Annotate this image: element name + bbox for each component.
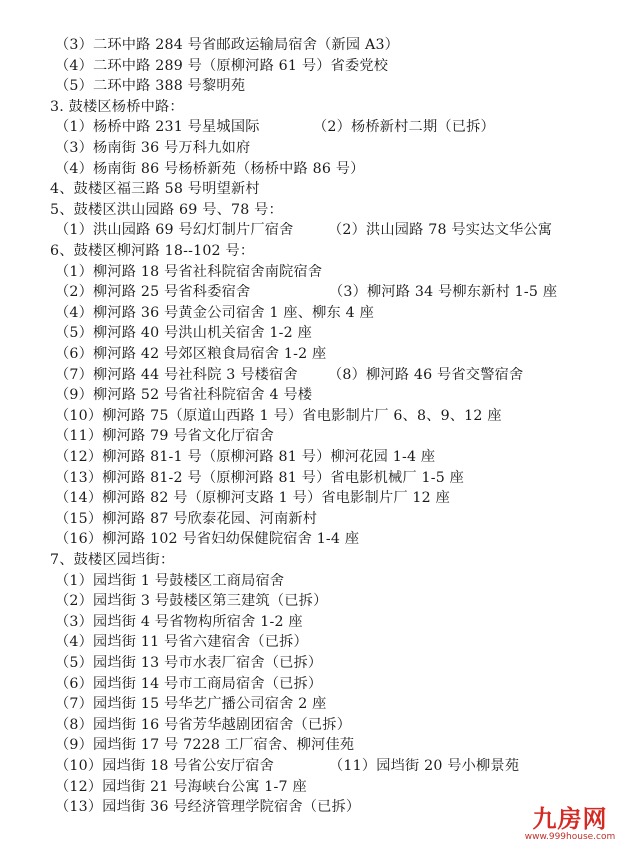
item-text: （4）柳河路 36 号黄金公司宿舍 1 座、柳东 4 座 [55, 303, 374, 323]
item-text: （4）二环中路 289 号（原柳河路 61 号）省委党校 [55, 56, 388, 76]
watermark-url: www.999house.com [520, 832, 620, 843]
item-text: （7）园垱街 15 号华艺广播公司宿舍 2 座 [55, 694, 327, 714]
item-text: 4、鼓楼区福三路 58 号明望新村 [50, 179, 260, 199]
item-text: （1）杨桥中路 231 号星城国际 [55, 117, 260, 137]
item-text: （4）杨南街 86 号杨桥新苑（杨桥中路 86 号） [55, 159, 365, 179]
item-text-second-column: （2）杨桥新村二期（已拆） [313, 117, 495, 137]
item-text: （16）柳河路 102 号省妇幼保健院宿舍 1-4 座 [55, 529, 359, 549]
item-text: （3）二环中路 284 号省邮政运输局宿舍（新园 A3） [55, 35, 399, 55]
item-text: （6）园垱街 14 号市工商局宿舍（已拆） [55, 674, 322, 694]
item-text-second-column: （3）柳河路 34 号柳东新村 1-5 座 [329, 282, 557, 302]
item-text: （7）柳河路 44 号社科院 3 号楼宿舍 [55, 365, 298, 385]
item-text: （6）柳河路 42 号郊区粮食局宿舍 1-2 座 [55, 344, 326, 364]
item-text: （14）柳河路 82 号（原柳河支路 1 号）省电影制片厂 12 座 [55, 488, 450, 508]
item-text: （5）二环中路 388 号黎明苑 [55, 76, 245, 96]
item-text: （11）柳河路 79 号省文化厅宿舍 [55, 426, 274, 446]
item-text: （10）柳河路 75（原道山西路 1 号）省电影制片厂 6、8、9、12 座 [55, 406, 502, 426]
item-text: （10）园垱街 18 号省公安厅宿舍 [55, 756, 274, 776]
item-text: （3）杨南街 36 号万科九如府 [55, 138, 250, 158]
item-text-second-column: （2）洪山园路 78 号实达文华公寓 [328, 220, 552, 240]
item-text-second-column: （8）柳河路 46 号省交警宿舍 [328, 365, 523, 385]
item-text: 7、鼓楼区园垱街： [50, 550, 174, 570]
item-text: （8）园垱街 16 号省芳华越剧团宿舍（已拆） [55, 715, 351, 735]
item-text: 5、鼓楼区洪山园路 69 号、78 号： [50, 200, 283, 220]
document-page: （3）二环中路 284 号省邮政运输局宿舍（新园 A3）（4）二环中路 289 … [0, 0, 625, 849]
watermark: 九房网 www.999house.com [520, 806, 620, 846]
item-text: （9）园垱街 17 号 7228 工厂宿舍、柳河佳苑 [55, 735, 354, 755]
item-text: （2）园垱街 3 号鼓楼区第三建筑（已拆） [55, 591, 327, 611]
item-text: （4）园垱街 11 号省六建宿舍（已拆） [55, 632, 308, 652]
watermark-logo: 九房网 [520, 806, 620, 832]
item-text: （5）柳河路 40 号洪山机关宿舍 1-2 座 [55, 323, 312, 343]
item-text: 3. 鼓楼区杨桥中路： [50, 97, 184, 117]
item-text: （1）园垱街 1 号鼓楼区工商局宿舍 [55, 571, 284, 591]
item-text-second-column: （11）园垱街 20 号小柳景苑 [329, 756, 519, 776]
item-text: （13）园垱街 36 号经济管理学院宿舍（已拆） [55, 797, 360, 817]
item-text: （3）园垱街 4 号省物构所宿舍 1-2 座 [55, 612, 303, 632]
item-text: （12）柳河路 81-1 号（原柳河路 81 号）柳河花园 1-4 座 [55, 447, 435, 467]
item-text: （15）柳河路 87 号欣泰花园、河南新村 [55, 509, 317, 529]
item-text: （13）柳河路 81-2 号（原柳河路 81 号）省电影机械厂 1-5 座 [55, 468, 464, 488]
item-text: （1）柳河路 18 号省社科院宿舍南院宿舍 [55, 262, 322, 282]
item-text: 6、鼓楼区柳河路 18--102 号： [50, 241, 254, 261]
item-text: （9）柳河路 52 号省社科院宿舍 4 号楼 [55, 385, 312, 405]
item-text: （5）园垱街 13 号市水表厂宿舍（已拆） [55, 653, 322, 673]
item-text: （2）柳河路 25 号省科委宿舍 [55, 282, 250, 302]
item-text: （12）园垱街 21 号海峡台公寓 1-7 座 [55, 777, 307, 797]
item-text: （1）洪山园路 69 号幻灯制片厂宿舍 [55, 220, 294, 240]
